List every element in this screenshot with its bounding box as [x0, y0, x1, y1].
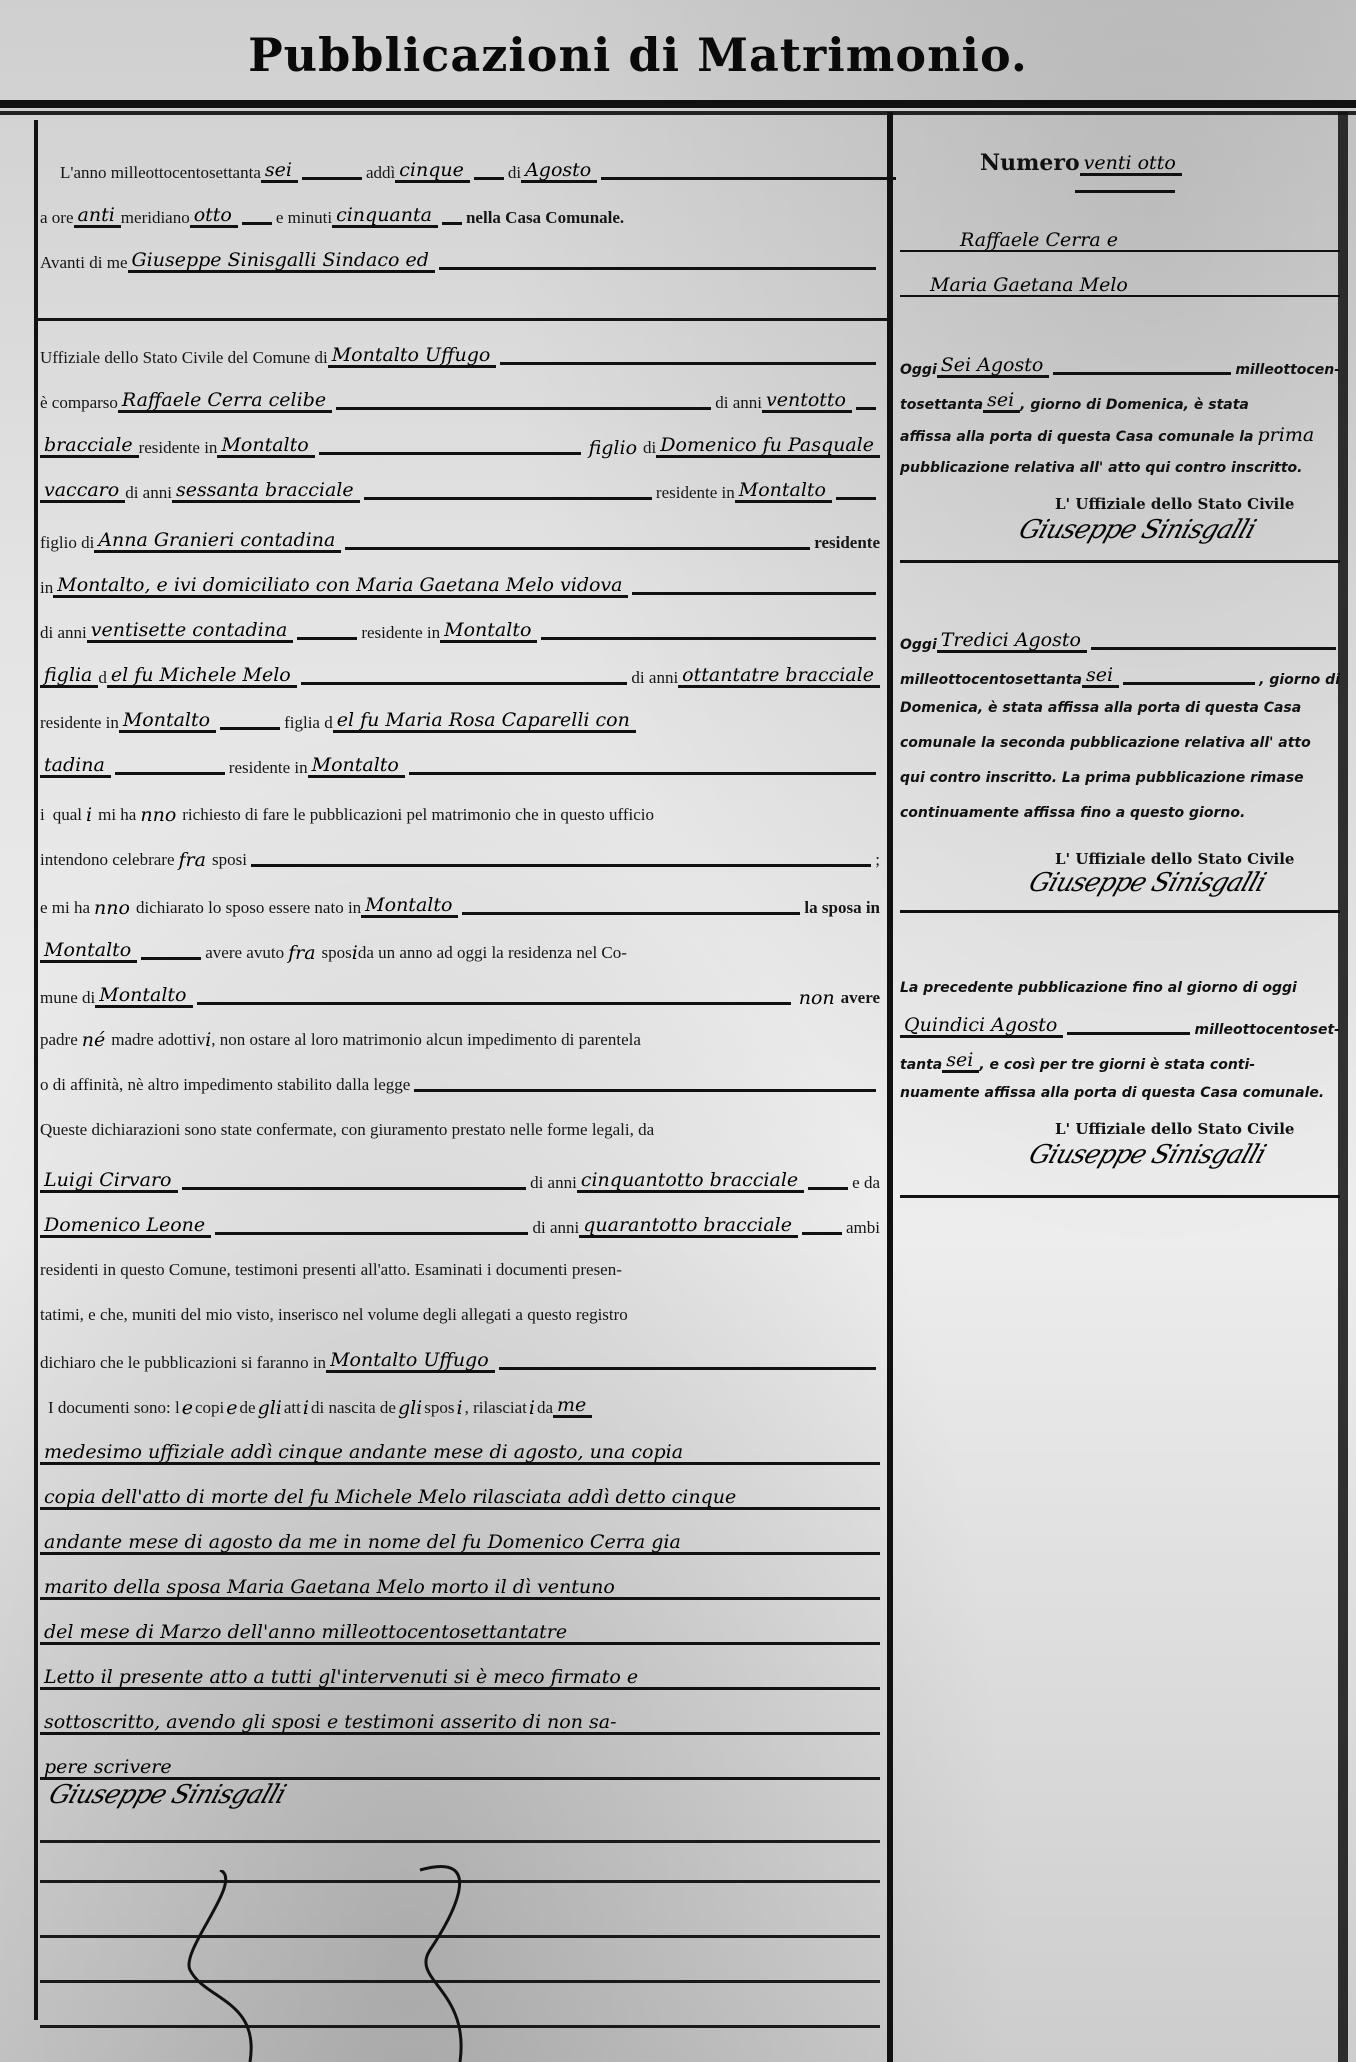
- first-pub-signature: Giuseppe Sinisgalli: [1015, 515, 1259, 545]
- line-year: L'anno milleottocentosettanta sei addì c…: [40, 160, 900, 183]
- line-groom-mother: figlio di Anna Granieri contadina reside…: [40, 530, 880, 553]
- spouses-line-1: Raffaele Cerra e: [900, 230, 1340, 252]
- line-comune: Uffiziale dello Stato Civile del Comune …: [40, 345, 880, 368]
- cancel-stroke: [340, 1860, 600, 2062]
- second-pub-line-1: Oggi Tredici Agosto: [900, 630, 1340, 653]
- line-residence: Montalto avere avuto fra spos i da un an…: [40, 940, 880, 963]
- handwritten-line-5: del mese di Marzo dell'anno milleottocen…: [40, 1622, 880, 1645]
- line-bride-mother: residente in Montalto figlia d el fu Mar…: [40, 710, 880, 733]
- line-born: e mi ha nno dichiarato lo sposo essere n…: [40, 895, 880, 918]
- first-pub-official: L' Uffiziale dello Stato Civile: [900, 495, 1356, 513]
- line-groom: è comparso Raffaele Cerra celibe di anni…: [40, 390, 880, 413]
- second-pub-line-3: Domenica, è stata affissa alla porta di …: [900, 700, 1340, 716]
- section-rule: [900, 910, 1340, 913]
- line-comune-residence: mune di Montalto non avere: [40, 985, 880, 1008]
- closing-line-2: Quindici Agosto milleottocentoset-: [900, 1015, 1340, 1038]
- line-affinity: o di affinità, nè altro impedimento stab…: [40, 1075, 880, 1095]
- column-divider: [887, 112, 893, 2062]
- closing-official: L' Uffiziale dello Stato Civile: [900, 1120, 1356, 1138]
- first-pub-line-2: tosettanta sei , giorno di Domenica, è s…: [900, 390, 1340, 413]
- line-witness-2: Domenico Leone di anni quarantotto bracc…: [40, 1215, 880, 1238]
- officiant-signature: Giuseppe Sinisgalli: [45, 1780, 289, 1810]
- left-border: [34, 120, 38, 2020]
- line-bride-father: figlia d el fu Michele Melo di anni otta…: [40, 665, 880, 688]
- line-adoptive: padre né madre adottiv i , non ostare al…: [40, 1030, 880, 1050]
- first-pub-line-1: Oggi Sei Agosto milleottocen-: [900, 355, 1340, 378]
- line-attachments: tatimi, e che, muniti del mio visto, ins…: [40, 1305, 880, 1325]
- spouses-line-2: Maria Gaetana Melo: [900, 275, 1340, 297]
- line-avanti: Avanti di me Giuseppe Sinisgalli Sindaco…: [40, 250, 880, 273]
- number-underline: [1075, 190, 1175, 193]
- handwritten-line-2: copia dell'atto di morte del fu Michele …: [40, 1487, 880, 1510]
- first-pub-line-3: affissa alla porta di questa Casa comuna…: [900, 425, 1340, 445]
- line-groom-residence: bracciale residente in Montalto figlio d…: [40, 435, 880, 458]
- second-pub-line-5: qui contro inscritto. La prima pubblicaz…: [900, 770, 1340, 786]
- line-confirmed: Queste dichiarazioni sono state conferma…: [40, 1120, 880, 1140]
- line-celebrate: intendono celebrare fra sposi ;: [40, 850, 880, 870]
- line-witness-1: Luigi Cirvaro di anni cinquantotto bracc…: [40, 1170, 880, 1193]
- line-documents: I documenti sono: l e copi e de gli att …: [40, 1395, 888, 1418]
- closing-signature: Giuseppe Sinisgalli: [1025, 1140, 1269, 1170]
- header-rule: [0, 100, 1356, 111]
- second-pub-official: L' Uffiziale dello Stato Civile: [900, 850, 1356, 868]
- handwritten-line-3: andante mese di agosto da me in nome del…: [40, 1532, 880, 1555]
- line-request: i qual i mi ha nno richiesto di fare le …: [40, 805, 880, 825]
- handwritten-line-6: Letto il presente atto a tutti gl'interv…: [40, 1667, 880, 1690]
- first-pub-line-4: pubblicazione relativa all' atto qui con…: [900, 460, 1340, 476]
- line-bride: in Montalto, e ivi domiciliato con Maria…: [40, 575, 880, 598]
- closing-line-4: nuamente affissa alla porta di questa Ca…: [900, 1085, 1340, 1101]
- record-number: Numero venti otto: [900, 150, 1356, 176]
- section-rule: [900, 1195, 1340, 1198]
- handwritten-line-7: sottoscritto, avendo gli sposi e testimo…: [40, 1712, 880, 1735]
- line-publish-place: dichiaro che le pubblicazioni si faranno…: [40, 1350, 880, 1373]
- line-groom-father: vaccaro di anni sessanta bracciale resid…: [40, 480, 880, 503]
- handwritten-line-1: medesimo uffiziale addì cinque andante m…: [40, 1442, 880, 1465]
- section-rule: [900, 560, 1340, 563]
- second-pub-line-2: milleottocentosettanta sei , giorno di: [900, 665, 1340, 688]
- closing-line-3: tanta sei , e così per tre giorni è stat…: [900, 1050, 1340, 1073]
- document-title: Pubblicazioni di Matrimonio.: [0, 28, 1316, 82]
- second-pub-line-4: comunale la seconda pubblicazione relati…: [900, 735, 1340, 751]
- second-pub-signature: Giuseppe Sinisgalli: [1025, 868, 1269, 898]
- line-time: a ore anti meridiano otto e minuti cinqu…: [40, 205, 880, 228]
- section-rule: [36, 318, 888, 321]
- line-residents: residenti in questo Comune, testimoni pr…: [40, 1260, 880, 1280]
- line-bride-age: di anni ventisette contadina residente i…: [40, 620, 880, 643]
- document-page: Pubblicazioni di Matrimonio. L'anno mill…: [0, 0, 1356, 2062]
- ruled-line: [40, 1840, 880, 1843]
- second-pub-line-6: continuamente affissa fino a questo gior…: [900, 805, 1340, 821]
- handwritten-line-4: marito della sposa Maria Gaetana Melo mo…: [40, 1577, 880, 1600]
- closing-line-1: La precedente pubblicazione fino al gior…: [900, 980, 1340, 996]
- handwritten-line-8: pere scrivere: [40, 1757, 880, 1780]
- line-bride-mother-residence: tadina residente in Montalto: [40, 755, 880, 778]
